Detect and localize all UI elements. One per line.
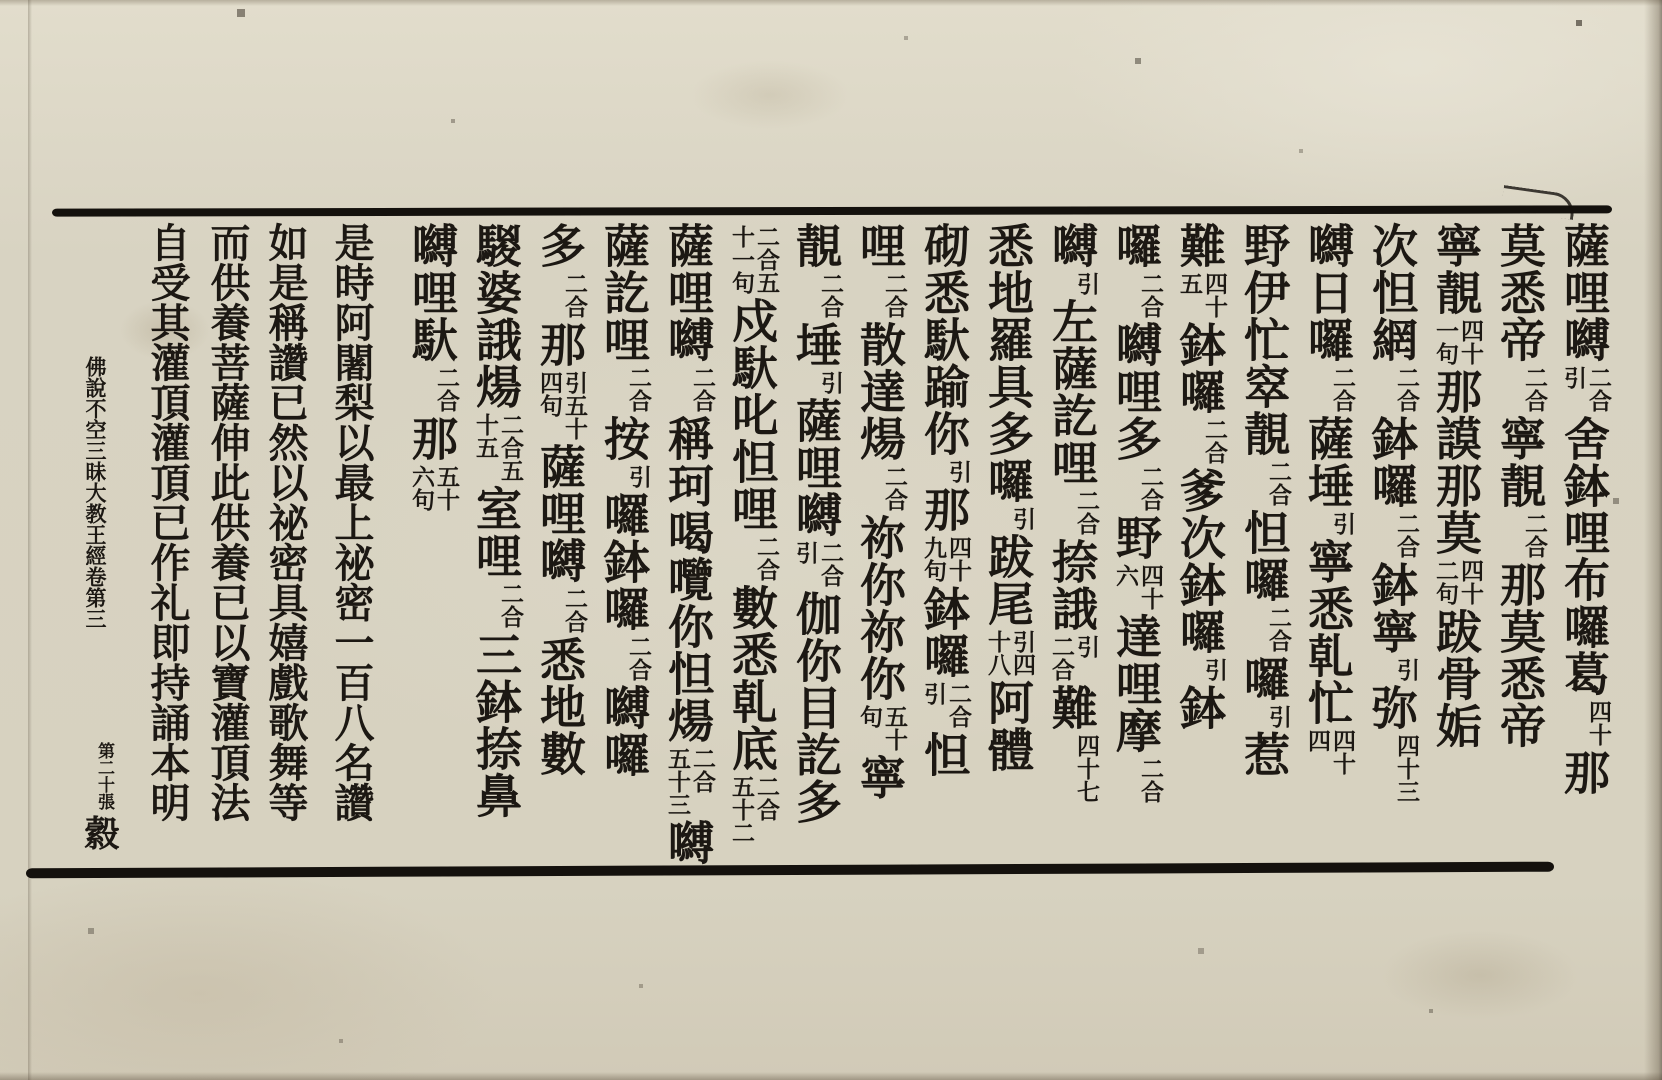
phonetic-annotation: 二合五十五 — [473, 413, 523, 482]
paper-edge-top — [0, 0, 1662, 6]
dharani-text: 寧悉乹忙 — [1301, 538, 1355, 726]
sutra-scan-page: 薩哩嚩二合引舍鉢哩布囉葛四十那莫悉帝二合寧靚二合那莫悉帝寧靚四十一句那謨那莫四十… — [0, 0, 1662, 1080]
dharani-text: 惹 — [1237, 731, 1291, 778]
phonetic-annotation: 二合 — [1330, 366, 1355, 412]
dharani-text: 寧靚 — [1429, 222, 1483, 316]
dharani-column-12: 哩二合散達煬二合祢你祢你五十句寧 — [854, 222, 907, 872]
dharani-text: 舍鉢哩布囉葛 — [1557, 415, 1611, 697]
phonetic-annotation: 二合 — [1138, 757, 1163, 803]
phonetic-annotation: 四十四 — [1305, 729, 1355, 775]
phonetic-annotation: 二合 — [1074, 489, 1099, 535]
phonetic-annotation: 二合 — [1266, 460, 1291, 506]
phonetic-annotation: 引二合 — [1049, 635, 1099, 681]
paper-edge-bottom — [0, 1072, 1662, 1080]
dharani-text: 悉地數 — [533, 636, 587, 777]
phonetic-annotation: 五十句 — [857, 705, 907, 751]
dharani-text: 鉢寧 — [1365, 561, 1419, 655]
dharani-column-10: 悉地羅具多囉引跋尾引四十八阿體 — [982, 222, 1035, 872]
phonetic-annotation: 五十六句 — [409, 465, 459, 511]
phonetic-annotation: 二合 — [626, 366, 651, 412]
phonetic-annotation: 四十三 — [1394, 734, 1419, 803]
dharani-text: 嚩哩馱 — [405, 222, 459, 363]
phonetic-annotation: 四十七 — [1074, 734, 1099, 803]
dharani-text: 室哩 — [469, 485, 523, 579]
phonetic-annotation: 引五十四句 — [537, 371, 587, 440]
dharani-text: 寧靚 — [1493, 415, 1547, 509]
phonetic-annotation: 二合 — [434, 366, 459, 412]
dharani-column-16: 薩訖哩二合按引囉鉢囉二合嚩囉 — [598, 222, 651, 872]
phonetic-annotation: 二合 — [1138, 272, 1163, 318]
phonetic-annotation: 二合 — [882, 272, 907, 318]
dharani-text: 散達煬 — [853, 321, 907, 462]
dharani-column-2: 莫悉帝二合寧靚二合那莫悉帝 — [1494, 222, 1547, 872]
dharani-text: 怛 — [917, 731, 971, 778]
ink-specks — [0, 0, 2, 2]
phonetic-annotation: 二合 — [1266, 606, 1291, 652]
dharani-text: 怛囉 — [1237, 509, 1291, 603]
prose-column-3: 而供養菩薩伸此供養已以寶灌頂法 — [206, 222, 249, 870]
dharani-text: 嚩哩多 — [1109, 321, 1163, 462]
dharani-text: 囉 — [1109, 222, 1163, 269]
dharani-text: 難 — [1045, 684, 1099, 731]
phonetic-annotation: 二合 — [498, 582, 523, 628]
phonetic-annotation: 引 — [946, 460, 971, 483]
phonetic-annotation: 二合 — [1394, 512, 1419, 558]
phonetic-annotation: 二合五十三 — [665, 747, 715, 816]
dharani-text: 跋尾 — [981, 533, 1035, 627]
dharani-text: 薩哩嚩 — [533, 443, 587, 584]
phonetic-annotation: 引 — [1394, 658, 1419, 681]
paper-edge-right — [1644, 0, 1662, 1080]
dharani-column-15: 薩哩嚩二合稱珂喝囕你怛煬二合五十三嚩 — [662, 222, 715, 872]
printed-frame-corner-mark — [1501, 185, 1577, 220]
phonetic-annotation: 引 — [1074, 272, 1099, 295]
phonetic-annotation: 二合 — [1202, 418, 1227, 464]
phonetic-annotation: 二合 — [1138, 465, 1163, 511]
dharani-text: 難 — [1173, 222, 1227, 269]
phonetic-annotation: 四十六 — [1113, 564, 1163, 610]
phonetic-annotation: 二合 — [562, 587, 587, 633]
phonetic-annotation: 二合引 — [1561, 366, 1611, 412]
phonetic-annotation: 二合引 — [793, 541, 843, 587]
phonetic-annotation: 引 — [818, 371, 843, 394]
phonetic-annotation: 二合 — [882, 465, 907, 511]
phonetic-annotation: 四十 — [1586, 700, 1611, 746]
dharani-text: 薩埵 — [1301, 415, 1355, 509]
dharani-text: 鉢囉 — [1365, 415, 1419, 509]
dharani-text: 嚩囉 — [597, 684, 651, 778]
phonetic-annotation: 二合 — [626, 635, 651, 681]
phonetic-annotation: 二合 — [562, 272, 587, 318]
dharani-text: 騣婆誐煬 — [469, 222, 523, 410]
dharani-text: 按 — [597, 415, 651, 462]
dharani-text: 捺誐 — [1045, 538, 1099, 632]
phonetic-annotation: 二合 — [1522, 366, 1547, 412]
dharani-text: 嚩 — [661, 819, 715, 866]
dharani-text: 囉 — [1237, 655, 1291, 702]
dharani-text: 鉢囉 — [1173, 321, 1227, 415]
dharani-column-6: 野伊忙窣靚二合怛囉二合囉引惹 — [1238, 222, 1291, 872]
dharani-text: 那 — [533, 321, 587, 368]
phonetic-annotation: 二合 — [690, 366, 715, 412]
dharani-text: 那謨那莫 — [1429, 368, 1483, 556]
prose-column-2: 如是稱讚已然以祕密具嬉戲歌舞等 — [264, 222, 307, 870]
dharani-column-8: 囉二合嚩哩多二合野四十六達哩摩二合 — [1110, 222, 1163, 872]
phonetic-annotation: 引 — [1010, 507, 1035, 530]
dharani-text: 那 — [1557, 749, 1611, 796]
dharani-column-19: 嚩哩馱二合那五十六句 — [406, 222, 459, 872]
phonetic-annotation: 四十二句 — [1433, 559, 1483, 605]
dharani-text: 哩 — [853, 222, 907, 269]
dharani-text: 伽你目訖多 — [789, 590, 843, 825]
dharani-text: 數悉乹底 — [725, 584, 779, 772]
sheet-series-character: 縠 — [84, 806, 120, 857]
dharani-text: 砌悉馱踰你 — [917, 222, 971, 457]
dharani-text: 埵 — [789, 321, 843, 368]
dharani-column-1: 薩哩嚩二合引舍鉢哩布囉葛四十那 — [1558, 222, 1611, 872]
phonetic-annotation: 四十五 — [1177, 272, 1227, 318]
phonetic-annotation: 二合 — [1394, 366, 1419, 412]
sheet-number-label: 第二十張 — [94, 742, 113, 810]
prose-column-1: 是時阿闍梨以最上祕密一百八名讚 — [330, 222, 373, 870]
dharani-text: 薩哩嚩 — [1557, 222, 1611, 363]
dharani-text: 左薩訖哩 — [1045, 298, 1099, 486]
dharani-text: 祢你祢你 — [853, 514, 907, 702]
phonetic-annotation: 二合 — [1522, 512, 1547, 558]
dharani-text: 那 — [917, 486, 971, 533]
dharani-text: 阿體 — [981, 679, 1035, 773]
phonetic-annotation: 二合五十一句 — [729, 225, 779, 294]
phonetic-annotation: 引四十八 — [985, 630, 1035, 676]
dharani-column-11: 砌悉馱踰你引那四十九句鉢囉二合引怛 — [918, 222, 971, 872]
sutra-title-column: 佛說不空三昧大教王經卷第三 — [83, 356, 107, 686]
dharani-column-7: 難四十五鉢囉二合爹次鉢囉引鉢 — [1174, 222, 1227, 872]
phonetic-annotation: 二合 — [818, 272, 843, 318]
phonetic-annotation: 二合五十二 — [729, 775, 779, 844]
paper-stain — [690, 60, 850, 130]
dharani-column-5: 嚩日囉二合薩埵引寧悉乹忙四十四 — [1302, 222, 1355, 872]
dharani-text: 弥 — [1365, 684, 1419, 731]
printed-frame-top-rule — [52, 205, 1612, 216]
dharani-column-4: 次怛網二合鉢囉二合鉢寧引弥四十三 — [1366, 222, 1419, 872]
dharani-text: 爹次鉢囉 — [1173, 467, 1227, 655]
dharani-column-18: 騣婆誐煬二合五十五室哩二合三鉢捺鼻 — [470, 222, 523, 872]
dharani-text: 次怛網 — [1365, 222, 1419, 363]
phonetic-annotation: 引 — [1266, 705, 1291, 728]
dharani-text: 薩哩嚩 — [661, 222, 715, 363]
dharani-text: 那 — [405, 415, 459, 462]
dharani-text: 稱珂喝囕你怛煬 — [661, 415, 715, 744]
dharani-column-14: 二合五十一句戍馱叱怛哩二合數悉乹底二合五十二 — [726, 222, 779, 872]
dharani-text: 鉢囉 — [917, 585, 971, 679]
dharani-column-17: 多二合那引五十四句薩哩嚩二合悉地數 — [534, 222, 587, 872]
dharani-text: 靚 — [789, 222, 843, 269]
dharani-text: 三鉢捺鼻 — [469, 631, 523, 819]
dharani-text: 薩哩嚩 — [789, 397, 843, 538]
dharani-text: 跋骨姤 — [1429, 608, 1483, 749]
phonetic-annotation: 引 — [626, 465, 651, 488]
phonetic-annotation: 四十九句 — [921, 536, 971, 582]
dharani-text: 囉鉢囉 — [597, 491, 651, 632]
phonetic-annotation: 二合引 — [921, 682, 971, 728]
dharani-text: 莫悉帝 — [1493, 222, 1547, 363]
phonetic-annotation: 二合 — [754, 535, 779, 581]
dharani-text: 多 — [533, 222, 587, 269]
phonetic-annotation: 引 — [1330, 512, 1355, 535]
dharani-text: 鉢 — [1173, 684, 1227, 731]
phonetic-annotation: 四十一句 — [1433, 319, 1483, 365]
dharani-text: 達哩摩 — [1109, 613, 1163, 754]
paper-stain — [1380, 930, 1580, 1020]
dharani-text: 野 — [1109, 514, 1163, 561]
dharani-column-3: 寧靚四十一句那謨那莫四十二句跋骨姤 — [1430, 222, 1483, 872]
dharani-text: 嚩 — [1045, 222, 1099, 269]
dharani-column-9: 嚩引左薩訖哩二合捺誐引二合難四十七 — [1046, 222, 1099, 872]
dharani-text: 薩訖哩 — [597, 222, 651, 363]
dharani-column-13: 靚二合埵引薩哩嚩二合引伽你目訖多 — [790, 222, 843, 872]
dharani-text: 戍馱叱怛哩 — [725, 297, 779, 532]
dharani-text: 野伊忙窣靚 — [1237, 222, 1291, 457]
phonetic-annotation: 引 — [1202, 658, 1227, 681]
dharani-text: 寧 — [853, 754, 907, 801]
dharani-text: 那莫悉帝 — [1493, 561, 1547, 749]
dharani-text: 嚩日囉 — [1301, 222, 1355, 363]
dharani-text: 悉地羅具多囉 — [981, 222, 1035, 504]
prose-column-4: 自受其灌頂灌頂已作礼即持誦本明 — [146, 222, 189, 870]
paper-fold-line — [28, 0, 32, 1080]
